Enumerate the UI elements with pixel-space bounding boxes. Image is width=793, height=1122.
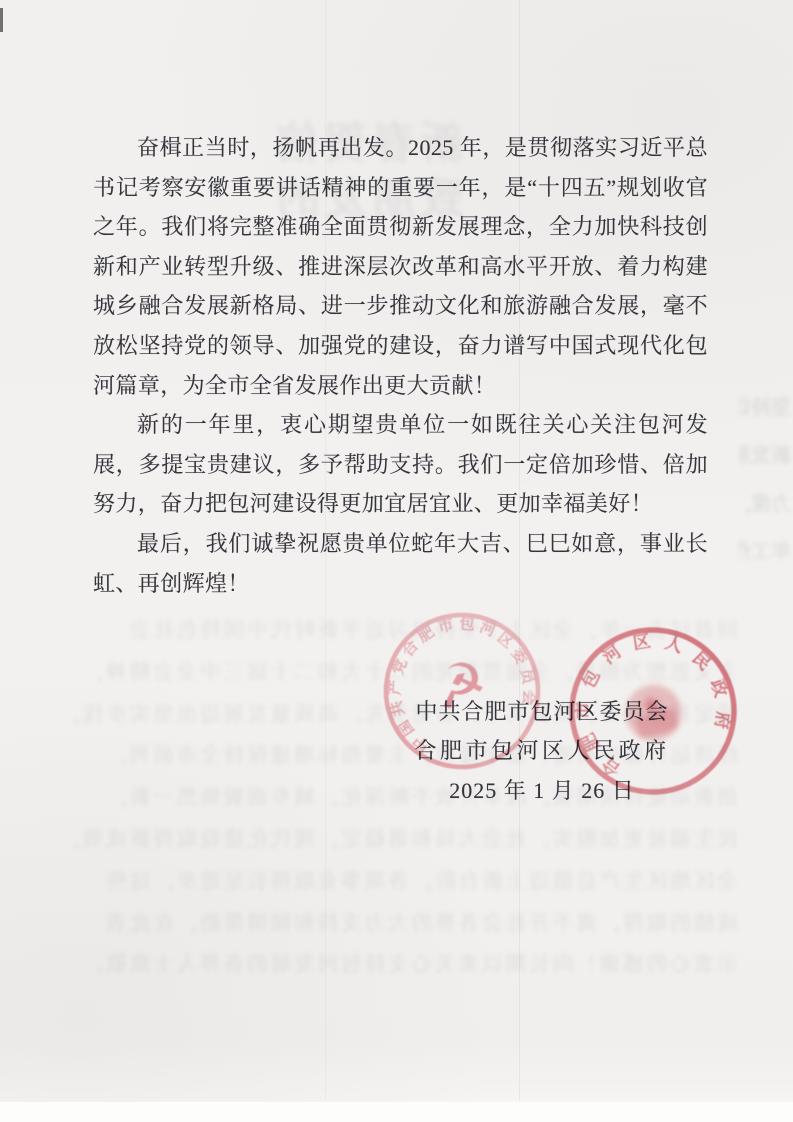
scan-bottom-margin [0, 1102, 793, 1122]
signer-party-committee: 中共合肥市包河区委员会 [404, 692, 680, 731]
bleedthrough-fragment: 坚持以 [739, 384, 791, 432]
bleedthrough-fragment: 力度， [739, 480, 791, 528]
bleedthrough-line: 回首过去一年，全区上下坚持以习近平新时代中国特色社会 [58, 610, 738, 652]
signer-people-government: 合肥市包河区人民政府 [404, 731, 680, 770]
letter-body: 奋楫正当时，扬帆再出发。2025 年，是贯彻落实习近平总书记考察安徽重要讲话精神… [93, 128, 708, 603]
letter-paragraph-3: 最后，我们诚挚祝愿贵单位蛇年大吉、巳巳如意，事业长虹、再创辉煌！ [93, 524, 708, 603]
bleedthrough-line: 全区地区生产总值迈上新台阶，各项事业取得长足进步，这些 [58, 861, 738, 903]
bleedthrough-fragments: 坚持以 新发展 力度， 年工作 [739, 384, 791, 576]
bleedthrough-line: 示衷心的感谢！向长期以来关心支持包河发展的各界人士致敬。 [58, 944, 738, 986]
scanned-letter-page: 新春贺信 致朋友的 坚持以 新发展 力度， 年工作 回首过去一年，全区上下坚持以… [0, 0, 793, 1122]
bleedthrough-line: 主义思想为指导，全面贯彻党的二十大和二十届三中全会精神， [58, 652, 738, 694]
scan-edge-artifact [0, 8, 3, 32]
bleedthrough-fragment: 年工作 [739, 528, 791, 576]
signature-date: 2025 年 1 月 26 日 [404, 771, 680, 810]
letter-paragraph-2: 新的一年里，衷心期望贵单位一如既往关心关注包河发展，多提宝贵建议，多予帮助支持。… [93, 405, 708, 524]
bleedthrough-line: 成绩的取得，离不开社会各界的大力支持和倾情帮助，在此表 [58, 903, 738, 945]
bleedthrough-fragment: 新发展 [739, 432, 791, 480]
signature-block: 中共合肥市包河区委员会 合肥市包河区人民政府 2025 年 1 月 26 日 [404, 692, 680, 810]
letter-paragraph-1: 奋楫正当时，扬帆再出发。2025 年，是贯彻落实习近平总书记考察安徽重要讲话精神… [93, 128, 708, 405]
bleedthrough-line: 民生福祉更加殷实，社会大局和谐稳定，现代化建设取得新成效， [58, 819, 738, 861]
